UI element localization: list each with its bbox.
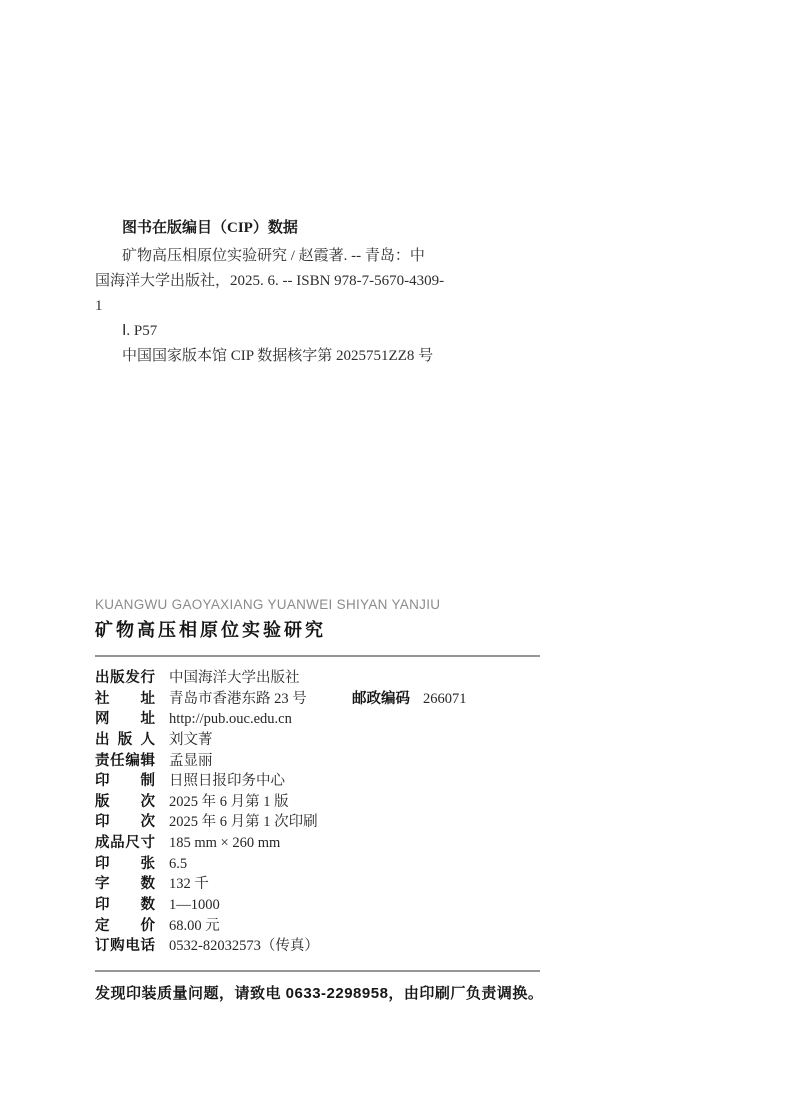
colophon-row-label: 社址	[95, 687, 155, 708]
colophon-row: 责任编辑 孟显丽	[95, 749, 555, 770]
cip-block: 图书在版编目（CIP）数据 矿物高压相原位实验研究 / 赵霞著. -- 青岛：中…	[95, 216, 575, 369]
colophon-row-value: 185 mm × 260 mm	[169, 835, 280, 852]
colophon-row: 网址 http://pub.ouc.edu.cn	[95, 707, 555, 728]
colophon-row-value: 132 千	[169, 872, 209, 893]
colophon-row: 社址 青岛市香港东路 23 号 邮政编码266071	[95, 687, 555, 708]
colophon-row: 出版发行 中国海洋大学出版社	[95, 666, 555, 687]
colophon-row-value: 中国海洋大学出版社	[169, 666, 300, 687]
colophon-row: 字数 132 千	[95, 872, 555, 893]
colophon-row: 版次 2025 年 6 月第 1 版	[95, 790, 555, 811]
colophon-row-label: 出版人	[95, 728, 155, 749]
colophon-row-value: 6.5	[169, 856, 187, 873]
colophon-row-label: 字数	[95, 872, 155, 893]
colophon-row-value: 刘文菁	[169, 728, 213, 749]
colophon-row: 印制 日照日报印务中心	[95, 769, 555, 790]
colophon-row-label: 版次	[95, 790, 155, 811]
colophon-row-label: 印次	[95, 810, 155, 831]
colophon-row-value: 0532-82032573（传真）	[169, 934, 319, 955]
colophon-row-value: 日照日报印务中心	[169, 769, 285, 790]
colophon-row-value: 2025 年 6 月第 1 版	[169, 790, 289, 811]
colophon-row: 订购电话 0532-82032573（传真）	[95, 934, 555, 955]
postcode-value: 266071	[423, 691, 467, 708]
colophon-row: 印次 2025 年 6 月第 1 次印刷	[95, 810, 555, 831]
colophon-table: 出版发行 中国海洋大学出版社 社址 青岛市香港东路 23 号 邮政编码26607…	[95, 666, 555, 955]
book-title-pinyin: KUANGWU GAOYAXIANG YUANWEI SHIYAN YANJIU	[95, 597, 440, 612]
colophon-row-value: 68.00 元	[169, 914, 220, 935]
colophon-row-value: 青岛市香港东路 23 号	[169, 687, 352, 708]
colophon-row: 成品尺寸 185 mm × 260 mm	[95, 831, 555, 852]
colophon-row-label: 出版发行	[95, 666, 155, 687]
colophon-row-label: 定价	[95, 914, 155, 935]
book-title: 矿物高压相原位实验研究	[95, 616, 326, 642]
colophon-row-value: 2025 年 6 月第 1 次印刷	[169, 810, 318, 831]
colophon-row: 出版人 刘文菁	[95, 728, 555, 749]
colophon-row-label: 订购电话	[95, 934, 155, 955]
colophon-row: 印张 6.5	[95, 852, 555, 873]
print-quality-note: 发现印装质量问题，请致电 0633-2298958，由印刷厂负责调换。	[95, 982, 543, 1003]
colophon-row-label: 印制	[95, 769, 155, 790]
divider-top	[95, 655, 540, 657]
colophon-row-label: 成品尺寸	[95, 831, 155, 852]
divider-bottom	[95, 970, 540, 972]
cip-line-2: 国海洋大学出版社，2025. 6. -- ISBN 978-7-5670-430…	[95, 269, 575, 294]
colophon-row-value: 孟显丽	[169, 749, 213, 770]
colophon-row: 印数 1—1000	[95, 893, 555, 914]
cip-classification: Ⅰ. P57	[95, 319, 575, 344]
colophon-row-label: 网址	[95, 707, 155, 728]
postcode-label: 邮政编码	[352, 687, 410, 708]
cip-line-3: 1	[95, 294, 575, 319]
cip-record-number: 中国国家版本馆 CIP 数据核字第 2025751ZZ8 号	[95, 344, 575, 369]
cip-title: 图书在版编目（CIP）数据	[95, 216, 575, 241]
colophon-row-label: 印张	[95, 852, 155, 873]
book-copyright-page: 图书在版编目（CIP）数据 矿物高压相原位实验研究 / 赵霞著. -- 青岛：中…	[0, 0, 799, 1114]
colophon-row-value: http://pub.ouc.edu.cn	[169, 711, 292, 728]
colophon-row-label: 印数	[95, 893, 155, 914]
colophon-row-label: 责任编辑	[95, 749, 155, 770]
colophon-row: 定价 68.00 元	[95, 914, 555, 935]
colophon-row-value: 1—1000	[169, 897, 220, 914]
cip-line-1: 矿物高压相原位实验研究 / 赵霞著. -- 青岛：中	[95, 244, 575, 269]
